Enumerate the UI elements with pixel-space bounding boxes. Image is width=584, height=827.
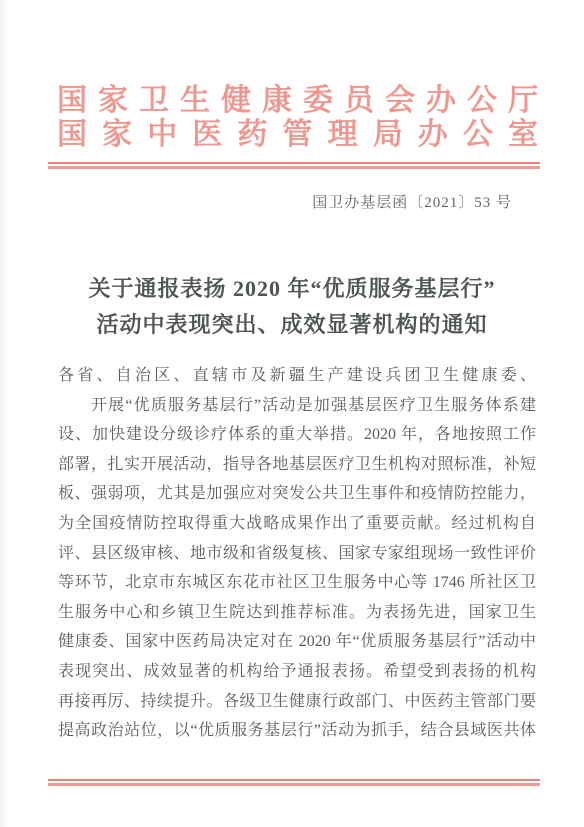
- footer-double-rule: [48, 779, 540, 786]
- document-body: 各省、自治区、直辖市及新疆生产建设兵团卫生健康委、中医药局： 开展“优质服务基层…: [58, 361, 536, 746]
- body-line: 部署，扎实开展活动，指导各地基层医疗卫生机构对照标准，补短: [58, 450, 536, 480]
- body-line: 表现突出、成效显著的机构给予通报表扬。希望受到表扬的机构: [58, 657, 536, 687]
- body-line: 评、县区级审核、地市级和省级复核、国家专家组现场一致性评价: [58, 539, 536, 569]
- body-line: 板、强弱项，尤其是加强应对突发公共卫生事件和疫情防控能力，: [58, 479, 536, 509]
- header-double-rule: [48, 162, 540, 169]
- body-line: 开展“优质服务基层行”活动是加强基层医疗卫生服务体系建: [58, 391, 536, 421]
- body-line: 提高政治站位，以“优质服务基层行”活动为抓手，结合县域医共体: [58, 716, 536, 746]
- document-title-line-2: 活动中表现突出、成效显著机构的通知: [40, 307, 544, 343]
- scanned-document-page: 国家卫生健康委员会办公厅 国家中医药管理局办公室 国卫办基层函〔2021〕53 …: [0, 0, 584, 827]
- salutation-line: 各省、自治区、直辖市及新疆生产建设兵团卫生健康委、中医药局：: [58, 361, 536, 391]
- body-line: 等环节，北京市东城区东花市社区卫生服务中心等 1746 所社区卫: [58, 568, 536, 598]
- body-line: 健康委、国家中医药局决定对在 2020 年“优质服务基层行”活动中: [58, 627, 536, 657]
- letterhead: 国家卫生健康委员会办公厅 国家中医药管理局办公室: [57, 84, 538, 152]
- document-title: 关于通报表扬 2020 年“优质服务基层行” 活动中表现突出、成效显著机构的通知: [40, 271, 544, 343]
- letterhead-line-1: 国家卫生健康委员会办公厅: [57, 84, 538, 118]
- scan-left-edge: [0, 0, 8, 827]
- letterhead-line-2: 国家中医药管理局办公室: [57, 118, 538, 152]
- document-number: 国卫办基层函〔2021〕53 号: [57, 191, 538, 212]
- body-line: 为全国疫情防控取得重大战略成果作出了重要贡献。经过机构自: [58, 509, 536, 539]
- body-line: 再接再厉、持续提升。各级卫生健康行政部门、中医药主管部门要: [58, 687, 536, 717]
- body-line: 生服务中心和乡镇卫生院达到推荐标准。为表扬先进，国家卫生: [58, 598, 536, 628]
- document-title-line-1: 关于通报表扬 2020 年“优质服务基层行”: [40, 271, 544, 307]
- body-line: 设、加快建设分级诊疗体系的重大举措。2020 年，各地按照工作: [58, 420, 536, 450]
